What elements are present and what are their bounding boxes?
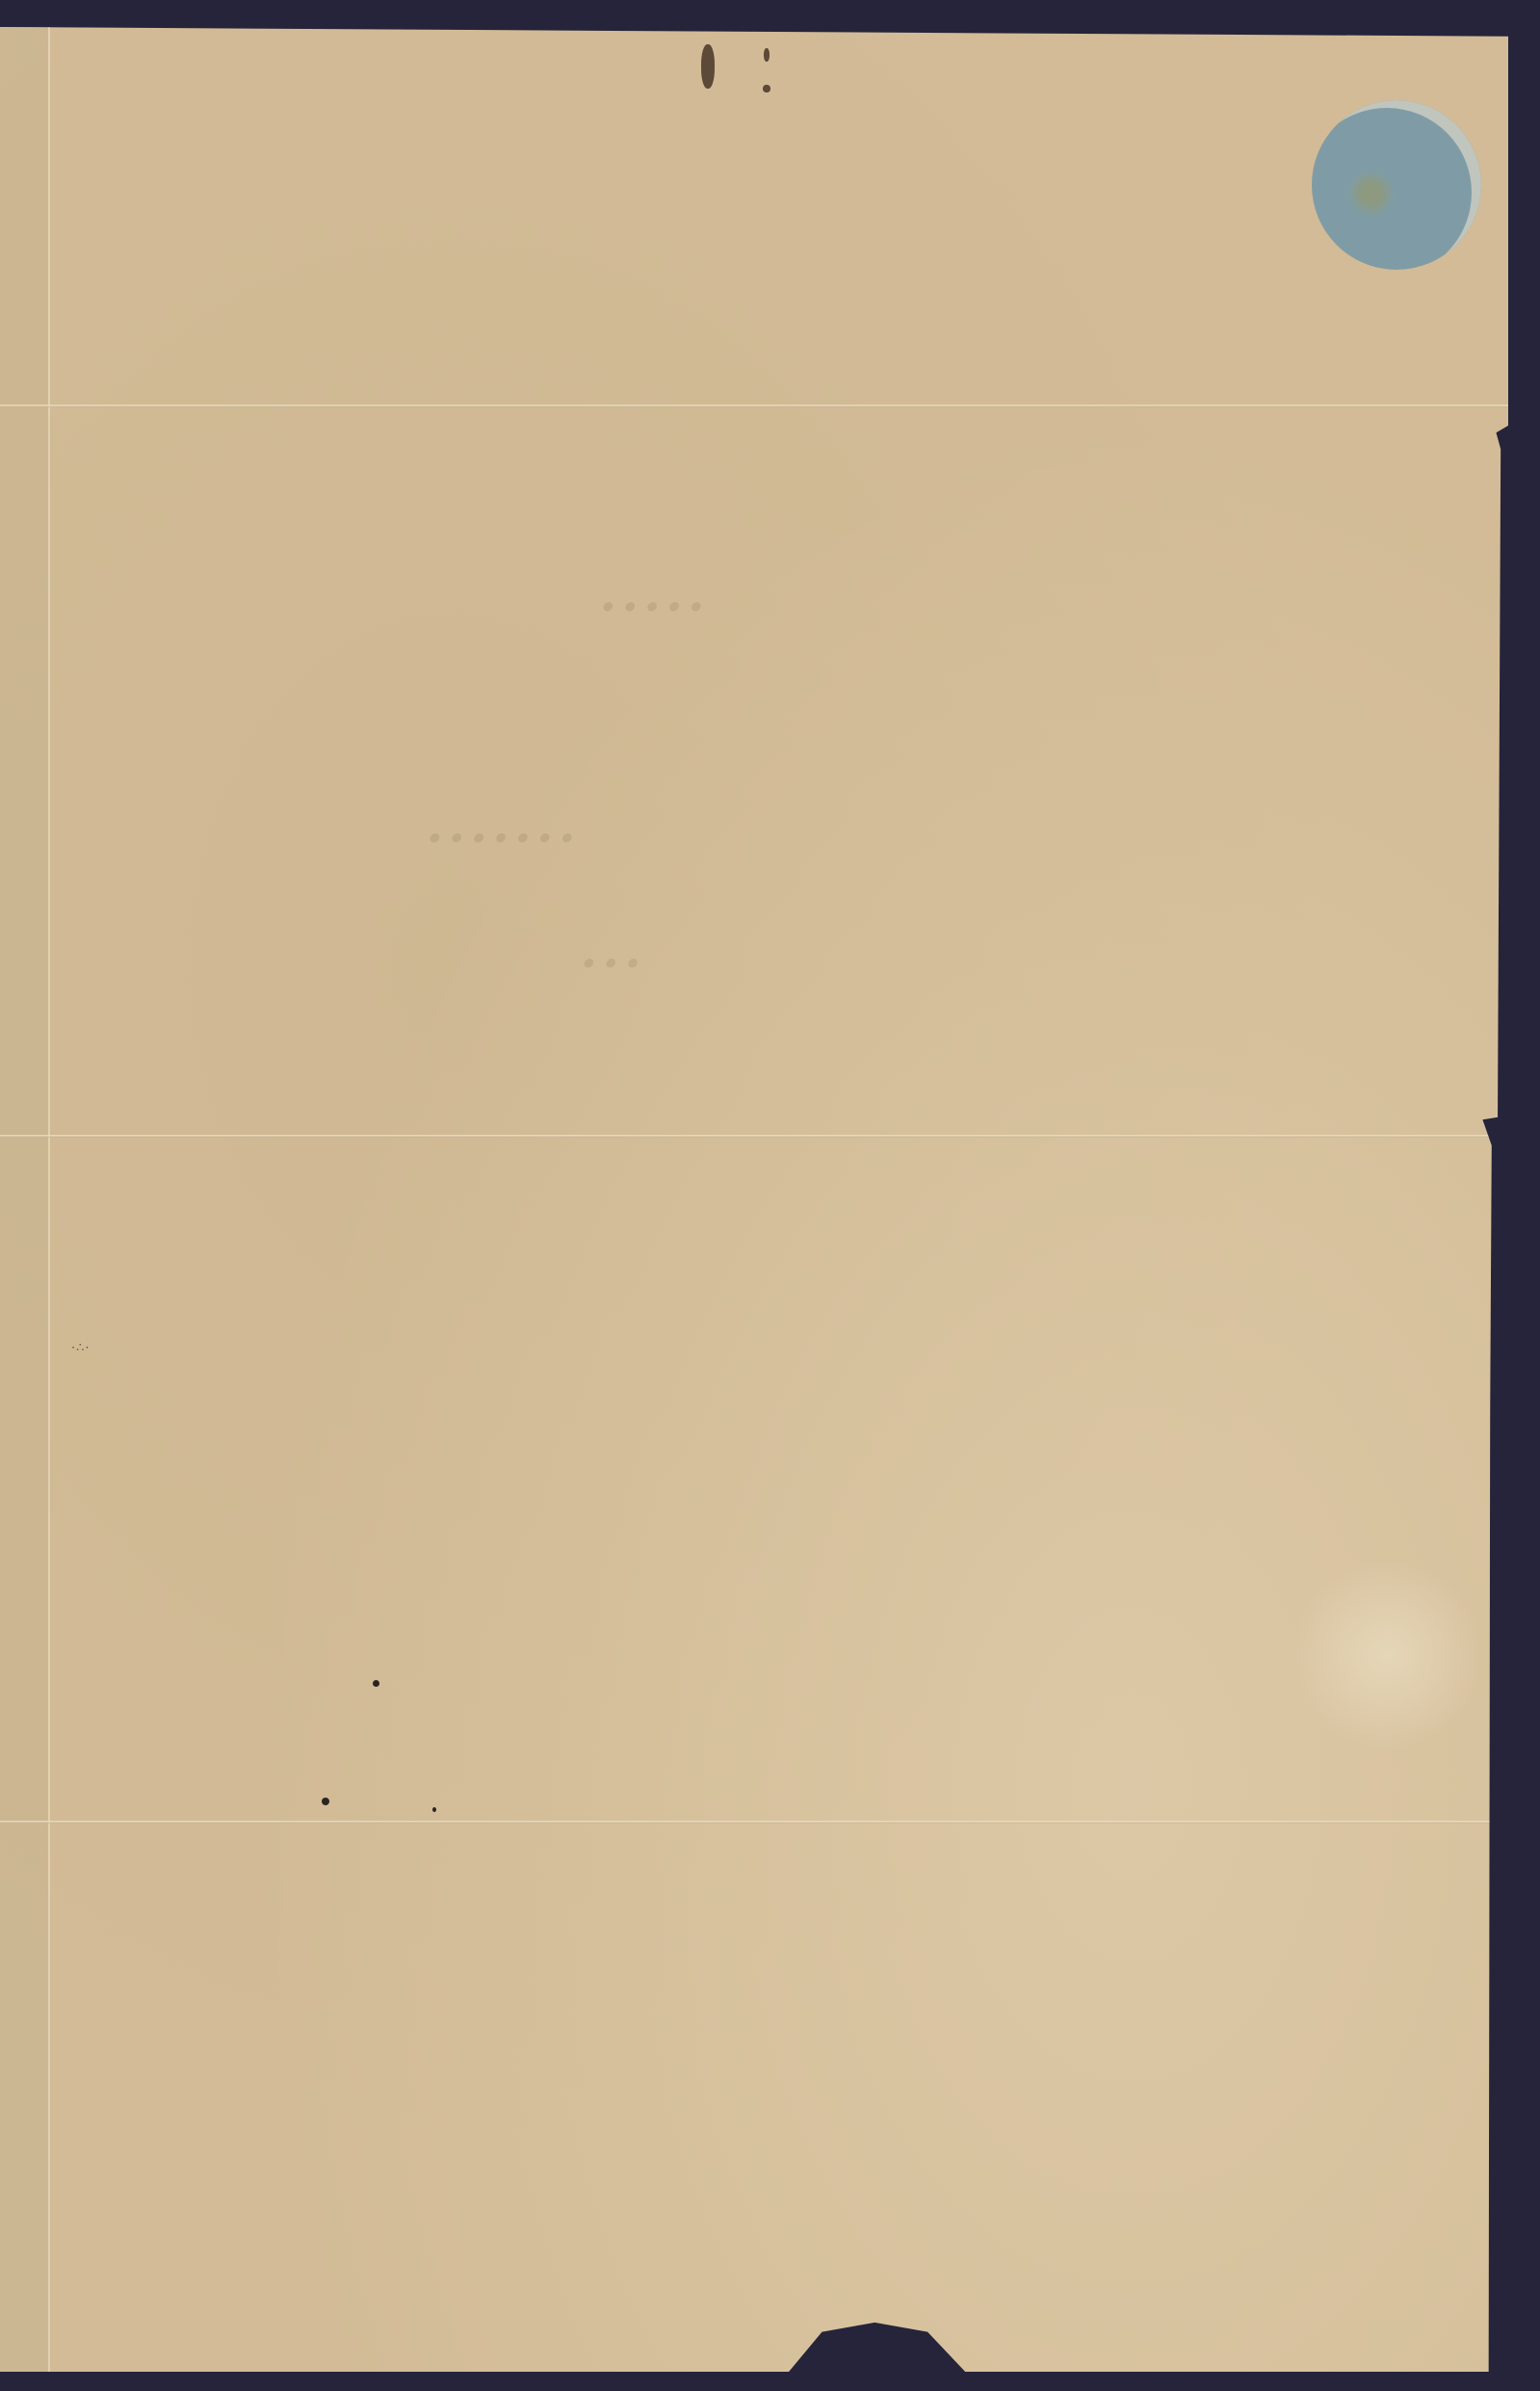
bleedthrough-line-2: ······· bbox=[424, 798, 578, 879]
water-stain bbox=[1291, 1559, 1483, 1751]
worm-hole-icon bbox=[373, 1680, 379, 1687]
ink-blot-icon bbox=[763, 85, 770, 92]
bleedthrough-line-1: ····· bbox=[597, 566, 707, 647]
blue-seal-icon bbox=[1312, 100, 1481, 270]
left-margin-fold bbox=[0, 27, 50, 2372]
bleedthrough-line-3: ··· bbox=[578, 923, 644, 1004]
worm-hole-icon bbox=[432, 1807, 436, 1812]
ink-blot-icon bbox=[701, 44, 715, 89]
fold-line-2 bbox=[0, 1135, 1508, 1138]
letter-sheet: ····· ······· ··· ·∴· bbox=[0, 27, 1508, 2372]
small-stamp-mark: ·∴· bbox=[71, 1341, 91, 1355]
ink-blot-icon bbox=[764, 48, 770, 62]
fold-line-3 bbox=[0, 1821, 1508, 1824]
fold-line-1 bbox=[0, 405, 1508, 407]
worm-hole-icon bbox=[322, 1798, 329, 1805]
